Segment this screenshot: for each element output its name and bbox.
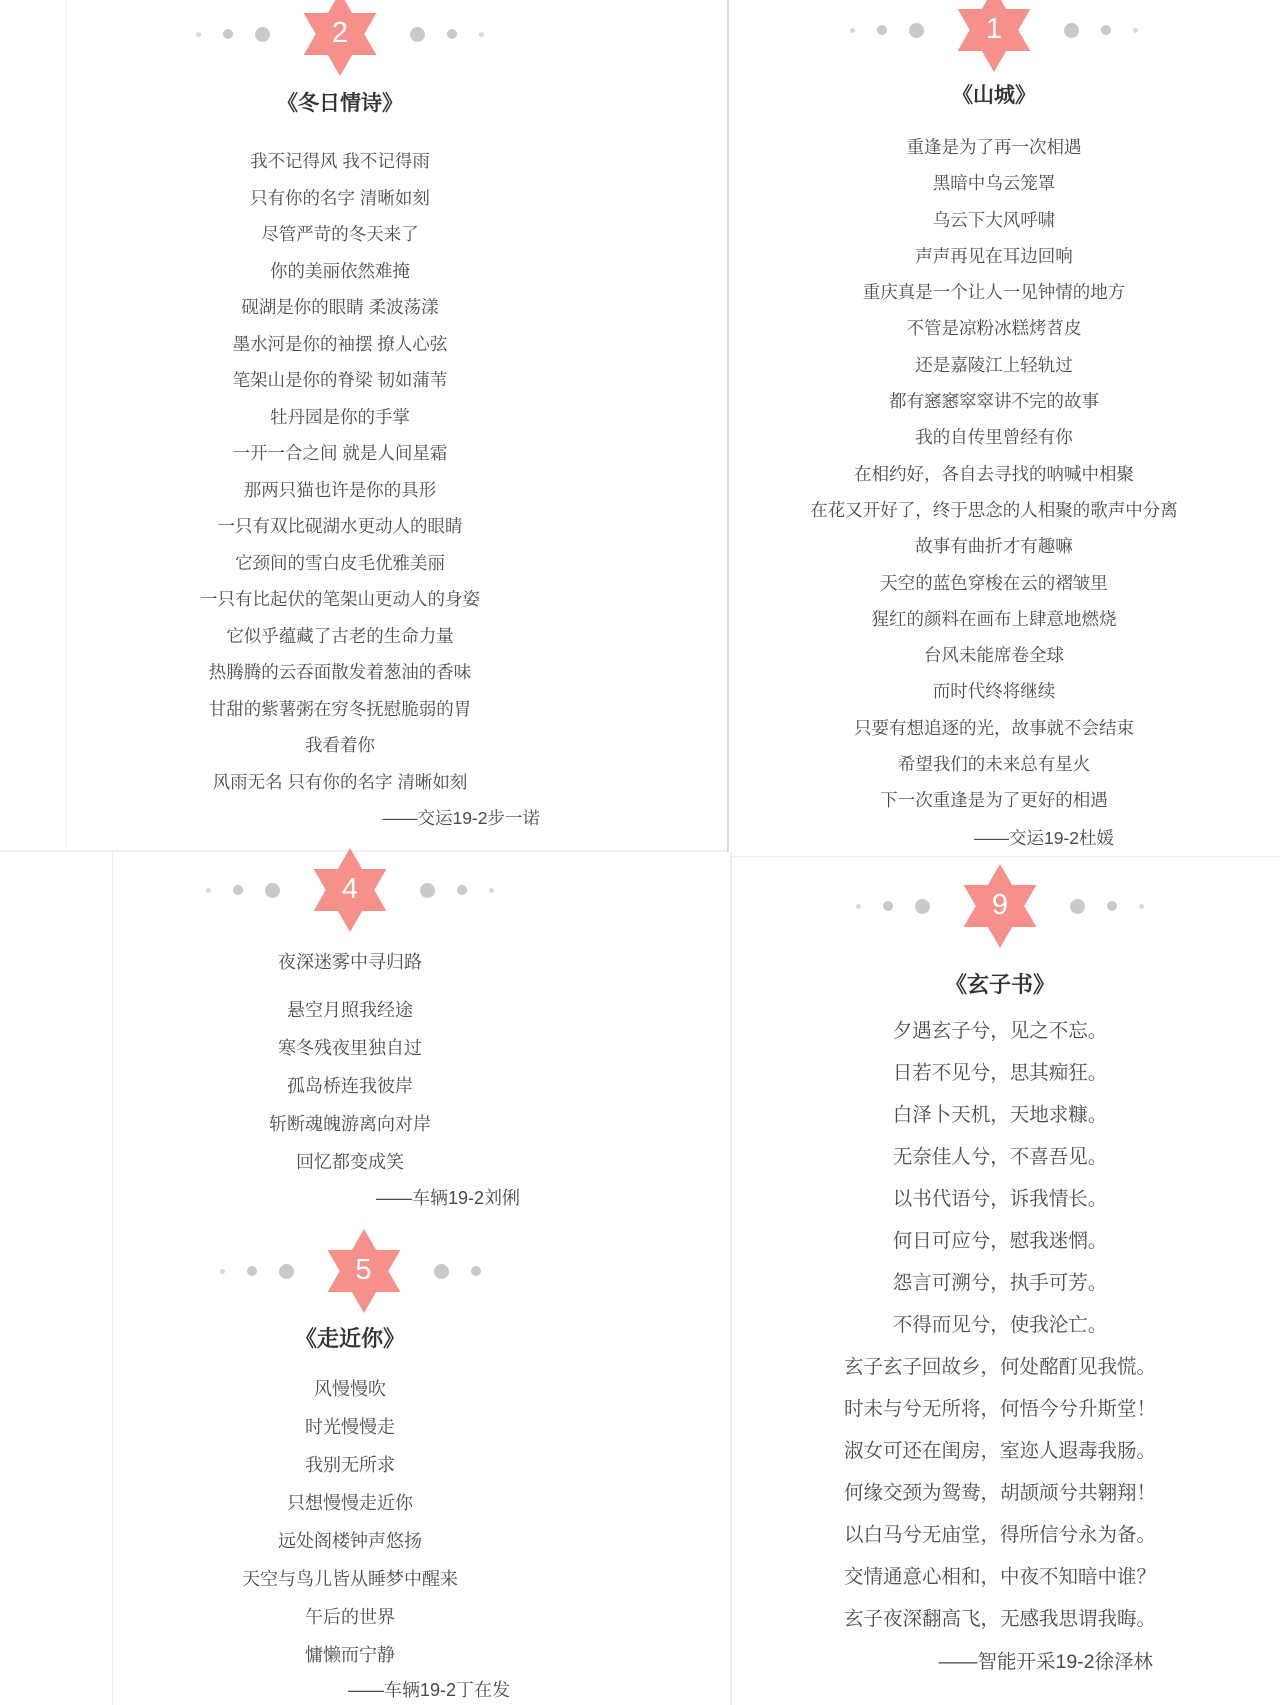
poem-number: 9	[958, 864, 1042, 948]
poem-number: 5	[322, 1229, 406, 1313]
badge-row: 2	[40, 0, 640, 76]
poem-line: 只想慢慢走近你	[60, 1484, 640, 1522]
star-badge: 9	[958, 864, 1042, 948]
star-badge: 2	[298, 0, 382, 76]
poem-line: 我别无所求	[60, 1446, 640, 1484]
poem-line: 尽管严苛的冬天来了	[40, 216, 640, 253]
poem-line: 甘甜的紫薯粥在穷冬抚慰脆弱的胃	[40, 691, 640, 728]
poem-line: 以白马兮无庙堂，得所信兮永为备。	[732, 1514, 1268, 1556]
poem-line: 一只有比起伏的笔架山更动人的身姿	[40, 581, 640, 618]
poem-line: 笔架山是你的脊梁 韧如蒲苇	[40, 362, 640, 399]
ornament-dot	[479, 32, 484, 37]
ornament-dot	[265, 883, 280, 898]
poem-attribution: ——交运19-2步一诺	[40, 800, 640, 836]
ornament-dot	[1133, 28, 1138, 33]
poem-line: 何缘交颈为鸳鸯，胡颉颃兮共翱翔！	[732, 1472, 1268, 1514]
poem-number: 4	[308, 848, 392, 932]
ornament-dot	[247, 1266, 257, 1276]
poetry-collage-page: { "document": { "type": "poetry-collage"…	[0, 0, 1280, 1705]
poem-number: 1	[952, 0, 1036, 72]
poem-line: 无奈佳人兮，不喜吾见。	[732, 1136, 1268, 1178]
poem-line: 风慢慢吹	[60, 1370, 640, 1408]
poem-line: 黑暗中乌云笼罩	[734, 165, 1254, 201]
poem-lines: 夕遇玄子兮，见之不忘。日若不见兮，思其痴狂。白泽卜天机，天地求糠。无奈佳人兮，不…	[732, 1010, 1268, 1640]
ornament-dot	[1064, 23, 1079, 38]
poem-line: 而时代终将继续	[734, 673, 1254, 709]
poem-line: 猩红的颜料在画布上肆意地燃烧	[734, 601, 1254, 637]
poem-line: 它似乎蕴藏了古老的生命力量	[40, 618, 640, 655]
poem-line: 天空与鸟儿皆从睡梦中醒来	[60, 1560, 640, 1598]
poem-line: 不得而见兮，使我沦亡。	[732, 1304, 1268, 1346]
poem-attribution: ——交运19-2杜媛	[734, 819, 1254, 857]
poem-lines: 夜深迷雾中寻归路悬空月照我经途寒冬残夜里独自过孤岛桥连我彼岸斩断魂魄游离向对岸回…	[60, 943, 640, 1181]
poem-title: 《走近你》	[60, 1325, 640, 1353]
poem-line: 我看着你	[40, 727, 640, 764]
ornament-dot	[420, 883, 435, 898]
poem-line: 牡丹园是你的手掌	[40, 399, 640, 436]
ornament-dot	[877, 25, 887, 35]
poem-title: 《冬日情诗》	[40, 90, 640, 118]
poem-line: 在相约好，各自去寻找的呐喊中相聚	[734, 456, 1254, 492]
poem-line: 那两只猫也许是你的具形	[40, 472, 640, 509]
ornament-dot	[196, 32, 201, 37]
poem-line: 不管是凉粉冰糕烤苕皮	[734, 310, 1254, 346]
poem-attribution: ——车辆19-2丁在发	[60, 1674, 640, 1705]
poem-line: 玄子夜深翻高飞，无感我思谓我晦。	[732, 1598, 1268, 1640]
badge-row: 9	[732, 864, 1268, 948]
ornament-dot	[883, 901, 893, 911]
poem-line: 只有你的名字 清晰如刻	[40, 180, 640, 217]
poem-line: 远处阁楼钟声悠扬	[60, 1522, 640, 1560]
ornament-dot	[856, 904, 861, 909]
star-badge: 1	[952, 0, 1036, 72]
ornament-dot	[206, 888, 211, 893]
ornament-dot	[1107, 901, 1117, 911]
poem-line: 声声再见在耳边回响	[734, 238, 1254, 274]
poem-line: 白泽卜天机，天地求糠。	[732, 1094, 1268, 1136]
poem-line: 日若不见兮，思其痴狂。	[732, 1052, 1268, 1094]
poem-line: 夕遇玄子兮，见之不忘。	[732, 1010, 1268, 1052]
poem-lines: 重逢是为了再一次相遇黑暗中乌云笼罩乌云下大风呼啸声声再见在耳边回响重庆真是一个让…	[734, 129, 1254, 819]
poem-line: 在花又开好了，终于思念的人相聚的歌声中分离	[734, 492, 1254, 528]
ornament-dot	[447, 29, 457, 39]
divider-vertical-top	[727, 0, 729, 852]
poem-line: 热腾腾的云吞面散发着葱油的香味	[40, 654, 640, 691]
badge-row: 1	[734, 0, 1254, 72]
poem-line: 我不记得风 我不记得雨	[40, 143, 640, 180]
poem-line: 寒冬残夜里独自过	[60, 1029, 640, 1067]
poem-section-1: 1 《山城》 重逢是为了再一次相遇黑暗中乌云笼罩乌云下大风呼啸声声再见在耳边回响…	[734, 0, 1254, 857]
poem-line: 墨水河是你的袖摆 撩人心弦	[40, 326, 640, 363]
poem-number: 2	[298, 0, 382, 76]
ornament-dot	[223, 29, 233, 39]
poem-line: 希望我们的未来总有星火	[734, 746, 1254, 782]
poem-line: 砚湖是你的眼睛 柔波荡漾	[40, 289, 640, 326]
poem-line: 重庆真是一个让人一见钟情的地方	[734, 274, 1254, 310]
ornament-dot	[1070, 899, 1085, 914]
poem-line: 以书代语兮，诉我情长。	[732, 1178, 1268, 1220]
poem-line: 孤岛桥连我彼岸	[60, 1067, 640, 1105]
badge-row: 5	[60, 1229, 640, 1313]
ornament-dot	[410, 27, 425, 42]
ornament-dot	[434, 1264, 449, 1279]
poem-section-9: 9 《玄子书》 夕遇玄子兮，见之不忘。日若不见兮，思其痴狂。白泽卜天机，天地求糠…	[732, 858, 1268, 1684]
poem-line: 回忆都变成笑	[60, 1143, 640, 1181]
ornament-dot	[489, 888, 494, 893]
ornament-dot	[233, 885, 243, 895]
poem-line: 淑女可还在闺房，室迩人遐毒我肠。	[732, 1430, 1268, 1472]
poem-line: 你的美丽依然难掩	[40, 253, 640, 290]
poem-line: 一只有双比砚湖水更动人的眼睛	[40, 508, 640, 545]
poem-line: 悬空月照我经途	[60, 991, 640, 1029]
ornament-dot	[255, 27, 270, 42]
poem-attribution: ——智能开采19-2徐泽林	[732, 1640, 1268, 1684]
poem-line: 斩断魂魄游离向对岸	[60, 1105, 640, 1143]
ornament-dot	[909, 23, 924, 38]
poem-line: 一开一合之间 就是人间星霜	[40, 435, 640, 472]
poem-line: 我的自传里曾经有你	[734, 419, 1254, 455]
poem-line: 天空的蓝色穿梭在云的褶皱里	[734, 565, 1254, 601]
ornament-dot	[279, 1264, 294, 1279]
poem-section-2: 2 《冬日情诗》 我不记得风 我不记得雨只有你的名字 清晰如刻尽管严苛的冬天来了…	[40, 0, 640, 836]
poem-line: 何日可应兮，慰我迷惘。	[732, 1220, 1268, 1262]
poem-line: 重逢是为了再一次相遇	[734, 129, 1254, 165]
star-badge: 4	[308, 848, 392, 932]
poem-line: 玄子玄子回故乡，何处酩酊见我慌。	[732, 1346, 1268, 1388]
poem-line: 时光慢慢走	[60, 1408, 640, 1446]
poem-line: 时未与兮无所将，何悟今兮升斯堂！	[732, 1388, 1268, 1430]
ornament-dot	[220, 1269, 225, 1274]
ornament-dot	[457, 885, 467, 895]
star-badge: 5	[322, 1229, 406, 1313]
poem-line: 只要有想追逐的光，故事就不会结束	[734, 710, 1254, 746]
ornament-dot	[1101, 25, 1111, 35]
poem-line: 夜深迷雾中寻归路	[60, 943, 640, 981]
poem-line: 乌云下大风呼啸	[734, 202, 1254, 238]
poem-line: 都有窸窸窣窣讲不完的故事	[734, 383, 1254, 419]
poem-line: 下一次重逢是为了更好的相遇	[734, 782, 1254, 818]
badge-row: 4	[60, 848, 640, 932]
poem-line: 怨言可溯兮，执手可芳。	[732, 1262, 1268, 1304]
ornament-dot	[850, 28, 855, 33]
poem-lines: 风慢慢吹时光慢慢走我别无所求只想慢慢走近你远处阁楼钟声悠扬天空与鸟儿皆从睡梦中醒…	[60, 1370, 640, 1674]
poem-title: 《山城》	[734, 82, 1254, 110]
ornament-dot	[915, 899, 930, 914]
poem-title: 《玄子书》	[732, 970, 1268, 1000]
poem-line: 它颈间的雪白皮毛优雅美丽	[40, 545, 640, 582]
poem-lines: 我不记得风 我不记得雨只有你的名字 清晰如刻尽管严苛的冬天来了你的美丽依然难掩砚…	[40, 143, 640, 800]
poem-line: 午后的世界	[60, 1598, 640, 1636]
poem-line: 交情通意心相和，中夜不知暗中谁？	[732, 1556, 1268, 1598]
poem-line: 故事有曲折才有趣嘛	[734, 528, 1254, 564]
ornament-dot	[471, 1266, 481, 1276]
poem-line: 还是嘉陵江上轻轨过	[734, 347, 1254, 383]
ornament-dot	[1139, 904, 1144, 909]
poem-line: 风雨无名 只有你的名字 清晰如刻	[40, 764, 640, 801]
poem-attribution: ——车辆19-2刘俐	[60, 1181, 640, 1215]
poem-section-4-5: 4 夜深迷雾中寻归路悬空月照我经途寒冬残夜里独自过孤岛桥连我彼岸斩断魂魄游离向对…	[60, 848, 640, 1705]
poem-line: 慵懒而宁静	[60, 1636, 640, 1674]
poem-line: 台风未能席卷全球	[734, 637, 1254, 673]
